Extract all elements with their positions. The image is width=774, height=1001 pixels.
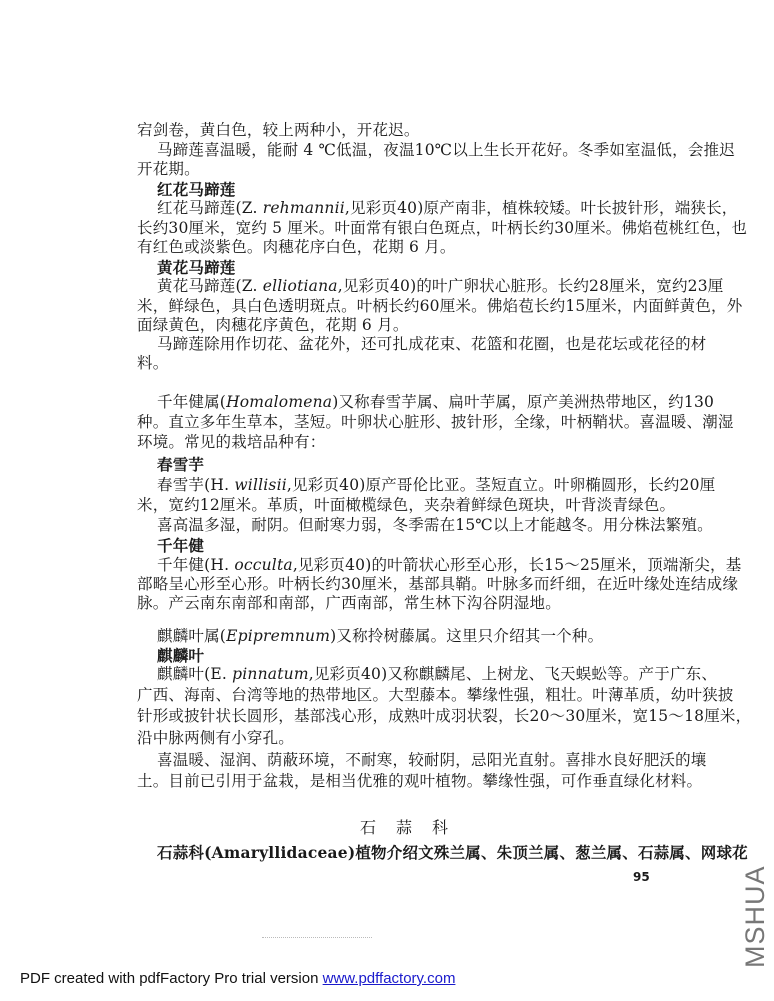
text-line: 环境。常见的栽培品种有：: [137, 433, 668, 452]
text-line: 马蹄莲喜温暖，能耐 4 ℃低温，夜温10℃以上生长开花好。冬季如室温低，会推迟: [157, 141, 668, 160]
text-line: 红花马蹄莲(Z. rehmannii,见彩页40)原产南非，植株较矮。叶长披针形…: [157, 199, 668, 218]
page-number: 95: [633, 870, 650, 884]
text-line: 黄花马蹄莲(Z. elliotiana,见彩页40)的叶广卵状心脏形。长约28厘…: [157, 277, 668, 296]
scanned-book-page: 宕剑卷，黄白色，较上两种小，开花迟。 马蹄莲喜温暖，能耐 4 ℃低温，夜温10℃…: [0, 0, 774, 1001]
latin-name: Epipremnum: [226, 627, 330, 645]
text-line: 春雪芋(H. willisii,见彩页40)原产哥伦比亚。茎短直立。叶卵椭圆形，…: [157, 476, 668, 495]
watermark-link[interactable]: www.pdffactory.com: [323, 970, 456, 987]
text-line: 米，宽约12厘米。革质，叶面橄榄绿色，夹杂着鲜绿色斑块，叶背淡青绿色。: [137, 496, 668, 515]
scan-artifact: [262, 937, 372, 941]
side-watermark: MSHUA: [740, 896, 768, 968]
text-line: 宕剑卷，黄白色，较上两种小，开花迟。: [137, 121, 668, 140]
text-segment: 红花马蹄莲(Z.: [157, 199, 263, 217]
text-segment: 千年健(H.: [157, 556, 234, 574]
latin-name: rehmannii: [263, 199, 345, 217]
text-line: 有红色或淡紫色。肉穗花序白色，花期 6 月。: [137, 238, 668, 257]
text-line: 针形或披针状长圆形，基部浅心形，成熟叶成羽状裂，长20～30厘米，宽15～18厘…: [137, 707, 668, 726]
text-line: 部略呈心形至心形。叶柄长约30厘米，基部具鞘。叶脉多而纤细，在近叶缘处连结成缘: [137, 575, 668, 594]
text-segment: )又称春雪芋属、扁叶芋属，原产美洲热带地区，约130: [332, 393, 714, 411]
section-title: 石蒜科: [360, 815, 468, 838]
text-line: 喜温暖、湿润、荫蔽环境，不耐寒，较耐阴，忌阳光直射。喜排水良好肥沃的壤: [157, 751, 668, 770]
text-segment: ,见彩页40)又称麒麟尾、上树龙、飞天蜈蚣等。产于广东、: [309, 665, 717, 683]
text-line: 千年健(H. occulta,见彩页40)的叶箭状心形至心形，长15～25厘米，…: [157, 556, 668, 575]
text-line: 沿中脉两侧有小穿孔。: [137, 729, 668, 748]
text-line: 喜高温多湿，耐阴。但耐寒力弱，冬季需在15℃以上才能越冬。用分株法繁殖。: [157, 516, 668, 535]
heading-epipremnum: 麒麟叶: [157, 646, 668, 665]
latin-name: occulta: [234, 556, 293, 574]
text-segment: ,见彩页40)原产哥伦比亚。茎短直立。叶卵椭圆形，长约20厘: [287, 476, 715, 494]
latin-name: Homalomena: [226, 393, 332, 411]
text-segment: 春雪芋(H.: [157, 476, 234, 494]
latin-name: elliotiana: [263, 277, 338, 295]
text-line: 种。直立多年生草本，茎短。叶卵状心脏形、披针形，全缘，叶柄鞘状。喜温暖、潮湿: [137, 413, 668, 432]
text-segment: ,见彩页40)原产南非，植株较矮。叶长披针形，端狭长，: [345, 199, 738, 217]
latin-name: willisii: [234, 476, 287, 494]
heading-yellow-calla: 黄花马蹄莲: [157, 258, 668, 277]
pdf-watermark: PDF created with pdfFactory Pro trial ve…: [20, 970, 455, 987]
text-line: 广西、海南、台湾等地的热带地区。大型藤本。攀缘性强，粗壮。叶薄革质，幼叶狭披: [137, 686, 668, 705]
text-segment: 千年健属(: [157, 393, 226, 411]
text-line: 开花期。: [137, 160, 668, 179]
text-segment: )又称拎树藤属。这里只介绍其一个种。: [330, 627, 603, 645]
text-line: 麒麟叶(E. pinnatum,见彩页40)又称麒麟尾、上树龙、飞天蜈蚣等。产于…: [157, 665, 668, 684]
heading-homalomena: 千年健: [157, 536, 668, 555]
text-line: 料。: [137, 354, 668, 373]
heading-spring-snow-taro: 春雪芋: [157, 455, 668, 474]
text-segment: ,见彩页40)的叶广卵状心脏形。长约28厘米，宽约23厘: [338, 277, 724, 295]
watermark-text: PDF created with pdfFactory Pro trial ve…: [20, 970, 323, 987]
latin-name: pinnatum: [232, 665, 309, 683]
text-segment: 麒麟叶属(: [157, 627, 226, 645]
text-line: 麒麟叶属(Epipremnum)又称拎树藤属。这里只介绍其一个种。: [157, 627, 668, 646]
text-segment: 麒麟叶(E.: [157, 665, 232, 683]
text-line: 长约30厘米，宽约 5 厘米。叶面常有银白色斑点，叶柄长约30厘米。佛焰苞桃红色…: [137, 219, 668, 238]
text-segment: ,见彩页40)的叶箭状心形至心形，长15～25厘米，顶端渐尖，基: [293, 556, 742, 574]
text-segment: 黄花马蹄莲(Z.: [157, 277, 263, 295]
heading-red-calla: 红花马蹄莲: [157, 180, 668, 199]
text-line: 面绿黄色，肉穗花序黄色，花期 6 月。: [137, 316, 668, 335]
text-line: 脉。产云南东南部和南部，广西南部，常生林下沟谷阴湿地。: [137, 594, 668, 613]
text-line: 石蒜科(Amaryllidaceae)植物介绍文殊兰属、朱顶兰属、葱兰属、石蒜属…: [157, 843, 668, 862]
text-line: 土。目前已引用于盆栽，是相当优雅的观叶植物。攀缘性强，可作垂直绿化材料。: [137, 772, 668, 791]
text-line: 马蹄莲除用作切花、盆花外，还可扎成花束、花篮和花圈，也是花坛或花径的材: [157, 335, 668, 354]
text-line: 米，鲜绿色，具白色透明斑点。叶柄长约60厘米。佛焰苞长约15厘米，内面鲜黄色，外: [137, 297, 668, 316]
text-line: 千年健属(Homalomena)又称春雪芋属、扁叶芋属，原产美洲热带地区，约13…: [157, 393, 668, 412]
